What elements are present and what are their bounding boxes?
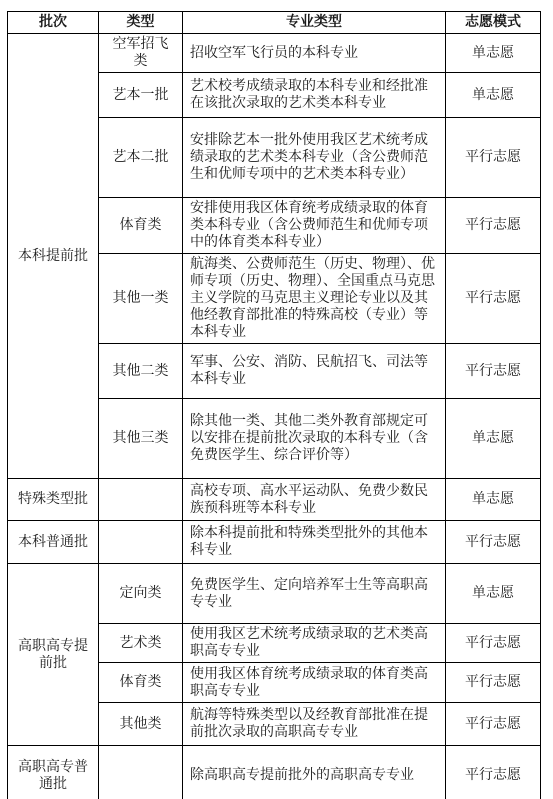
header-batch: 批次 [8,12,99,34]
major-cell: 招收空军飞行员的本科专业 [183,34,446,73]
mode-cell: 单志愿 [446,34,541,73]
table-row: 特殊类型批 高校专项、高水平运动队、免费少数民族预科班等本科专业 单志愿 [8,479,541,521]
mode-cell: 平行志愿 [446,663,541,703]
type-cell: 体育类 [99,198,183,254]
batch-cell: 高职高专提前批 [8,564,99,746]
table-row: 本科提前批 空军招飞类 招收空军飞行员的本科专业 单志愿 [8,34,541,73]
major-cell: 军事、公安、消防、民航招飞、司法等本科专业 [183,344,446,399]
type-cell: 体育类 [99,663,183,703]
mode-cell: 平行志愿 [446,118,541,198]
batch-cell: 本科提前批 [8,34,99,479]
type-cell [99,521,183,564]
type-cell: 空军招飞类 [99,34,183,73]
type-cell: 其他类 [99,703,183,746]
mode-cell: 单志愿 [446,564,541,624]
document-page: 批次 类型 专业类型 志愿模式 本科提前批 空军招飞类 招收空军飞行员的本科专业… [0,0,553,799]
mode-cell: 单志愿 [446,73,541,118]
major-cell: 安排除艺本一批外使用我区艺术统考成绩录取的艺术类本科专业（含公费师范生和优师专项… [183,118,446,198]
type-cell [99,479,183,521]
major-cell: 高校专项、高水平运动队、免费少数民族预科班等本科专业 [183,479,446,521]
header-major: 专业类型 [183,12,446,34]
mode-cell: 平行志愿 [446,624,541,663]
header-type: 类型 [99,12,183,34]
batch-cell: 本科普通批 [8,521,99,564]
table-header-row: 批次 类型 专业类型 志愿模式 [8,12,541,34]
major-cell: 除本科提前批和特殊类型批外的其他本科专业 [183,521,446,564]
table-row: 高职高专提前批 定向类 免费医学生、定向培养军士生等高职高专专业 单志愿 [8,564,541,624]
major-cell: 安排使用我区体育统考成绩录取的体育类本科专业（含公费师范生和优师专项中的体育类本… [183,198,446,254]
mode-cell: 平行志愿 [446,746,541,799]
type-cell [99,746,183,799]
major-cell: 使用我区艺术统考成绩录取的艺术类高职高专专业 [183,624,446,663]
batch-cell: 高职高专普通批 [8,746,99,799]
table-row: 高职高专普通批 除高职高专提前批外的高职高专专业 平行志愿 [8,746,541,799]
mode-cell: 平行志愿 [446,198,541,254]
type-cell: 艺术类 [99,624,183,663]
batch-cell: 特殊类型批 [8,479,99,521]
table-row: 本科普通批 除本科提前批和特殊类型批外的其他本科专业 平行志愿 [8,521,541,564]
major-cell: 使用我区体育统考成绩录取的体育类高职高专专业 [183,663,446,703]
mode-cell: 平行志愿 [446,254,541,344]
type-cell: 其他二类 [99,344,183,399]
mode-cell: 平行志愿 [446,703,541,746]
admission-batch-table: 批次 类型 专业类型 志愿模式 本科提前批 空军招飞类 招收空军飞行员的本科专业… [7,11,541,799]
header-mode: 志愿模式 [446,12,541,34]
major-cell: 免费医学生、定向培养军士生等高职高专专业 [183,564,446,624]
major-cell: 航海类、公费师范生（历史、物理）、优师专项（历史、物理）、全国重点马克思主义学院… [183,254,446,344]
type-cell: 艺本一批 [99,73,183,118]
mode-cell: 平行志愿 [446,521,541,564]
type-cell: 其他一类 [99,254,183,344]
major-cell: 除高职高专提前批外的高职高专专业 [183,746,446,799]
mode-cell: 平行志愿 [446,344,541,399]
type-cell: 其他三类 [99,399,183,479]
mode-cell: 单志愿 [446,479,541,521]
major-cell: 除其他一类、其他二类外教育部规定可以安排在提前批次录取的本科专业（含免费医学生、… [183,399,446,479]
mode-cell: 单志愿 [446,399,541,479]
major-cell: 航海等特殊类型以及经教育部批准在提前批次录取的高职高专专业 [183,703,446,746]
type-cell: 艺本二批 [99,118,183,198]
major-cell: 艺术校考成绩录取的本科专业和经批准在该批次录取的艺术类本科专业 [183,73,446,118]
type-cell: 定向类 [99,564,183,624]
